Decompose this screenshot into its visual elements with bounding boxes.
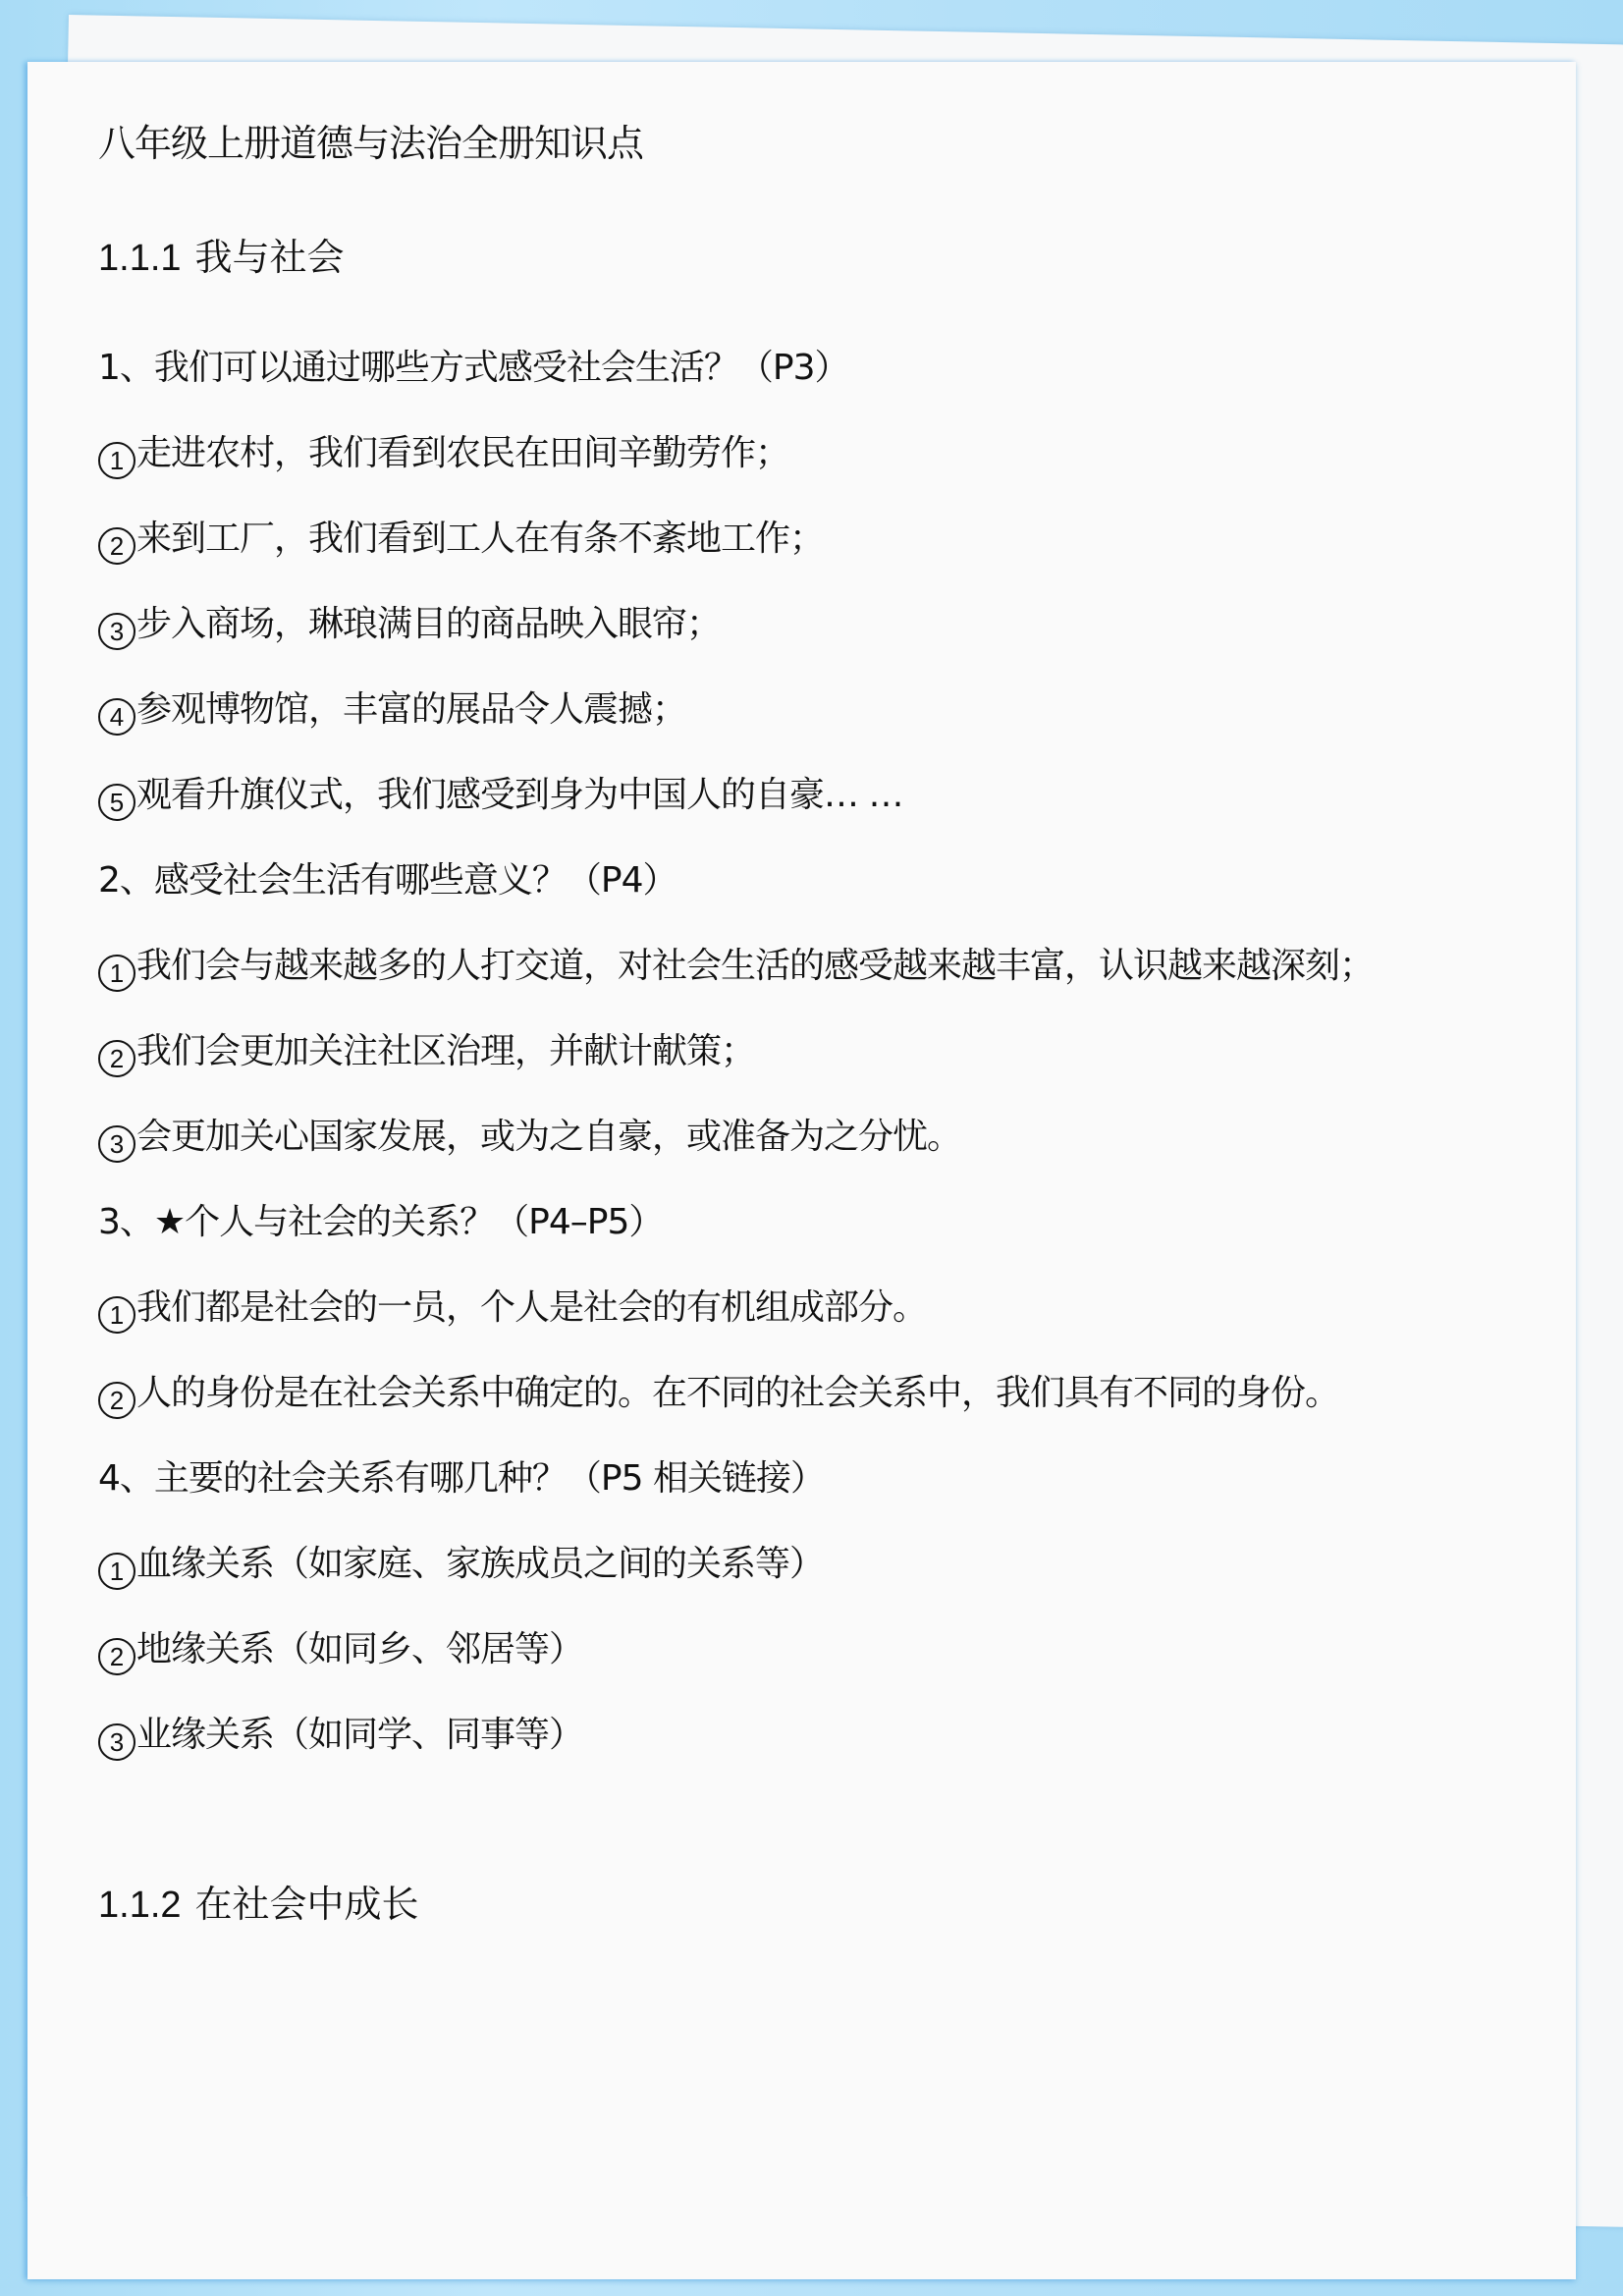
answer-text: 我们会与越来越多的人打交道，对社会生活的感受越来越丰富，认识越来越深刻； (136, 946, 1374, 986)
answer-item: 1走进农村，我们看到农民在田间辛勤劳作； (98, 425, 789, 479)
answer-item: 4参观博物馆，丰富的展品令人震撼； (98, 682, 686, 736)
circled-number-marker: 3 (98, 1125, 135, 1163)
document-title: 八年级上册道德与法治全册知识点 (98, 113, 643, 167)
circled-number-marker: 2 (98, 1040, 135, 1077)
answer-item: 5观看升旗仪式，我们感受到身为中国人的自豪… … (98, 767, 902, 821)
answer-text: 会更加关心国家发展，或为之自豪，或准备为之分忧。 (136, 1117, 961, 1157)
answer-item: 3会更加关心国家发展，或为之自豪，或准备为之分忧。 (98, 1109, 961, 1163)
answer-item: 3步入商场，琳琅满目的商品映入眼帘； (98, 596, 721, 650)
circled-number-marker: 4 (98, 698, 135, 736)
circled-number-marker: 1 (98, 442, 135, 479)
circled-number-marker: 1 (98, 955, 135, 992)
circled-number-marker: 1 (98, 1296, 135, 1334)
question-3: 3、★个人与社会的关系？（P4–P5） (98, 1194, 663, 1244)
section-heading-1-1-2: 1.1.2在社会中成长 (98, 1874, 419, 1928)
answer-text: 我们会更加关注社区治理，并献计献策； (136, 1031, 755, 1071)
circled-number-marker: 2 (98, 1382, 135, 1419)
answer-item: 2人的身份是在社会关系中确定的。在不同的社会关系中，我们具有不同的身份。 (98, 1365, 1339, 1419)
answer-item: 3业缘关系（如同学、同事等） (98, 1707, 583, 1761)
circled-number-marker: 1 (98, 1553, 135, 1590)
circled-number-marker: 3 (98, 1723, 135, 1761)
question-4: 4、主要的社会关系有哪几种？（P5 相关链接） (98, 1450, 825, 1501)
answer-item: 1我们都是社会的一员，个人是社会的有机组成部分。 (98, 1280, 927, 1334)
answer-item: 1我们会与越来越多的人打交道，对社会生活的感受越来越丰富，认识越来越深刻； (98, 938, 1374, 992)
answer-item: 2我们会更加关注社区治理，并献计献策； (98, 1023, 755, 1077)
answer-text: 地缘关系（如同乡、邻居等） (136, 1629, 583, 1669)
answer-text: 走进农村，我们看到农民在田间辛勤劳作； (136, 433, 789, 473)
question-1: 1、我们可以通过哪些方式感受社会生活？（P3） (98, 340, 849, 390)
answer-item: 1血缘关系（如家庭、家族成员之间的关系等） (98, 1536, 824, 1590)
answer-item: 2地缘关系（如同乡、邻居等） (98, 1621, 583, 1675)
section-heading-1-1-1: 1.1.1我与社会 (98, 227, 345, 281)
answer-text: 血缘关系（如家庭、家族成员之间的关系等） (136, 1544, 824, 1584)
answer-text: 业缘关系（如同学、同事等） (136, 1715, 583, 1755)
document-page: 八年级上册道德与法治全册知识点 1.1.1我与社会 1、我们可以通过哪些方式感受… (27, 62, 1576, 2279)
section-number: 1.1.2 (98, 1885, 182, 1926)
circled-number-marker: 5 (98, 784, 135, 821)
question-2: 2、感受社会生活有哪些意义？（P4） (98, 852, 677, 902)
answer-text: 人的身份是在社会关系中确定的。在不同的社会关系中，我们具有不同的身份。 (136, 1373, 1339, 1413)
answer-item: 2来到工厂，我们看到工人在有条不紊地工作； (98, 511, 824, 565)
answer-text: 来到工厂，我们看到工人在有条不紊地工作； (136, 519, 824, 559)
section-number: 1.1.1 (98, 238, 182, 279)
answer-text: 步入商场，琳琅满目的商品映入眼帘； (136, 604, 721, 644)
answer-text: 参观博物馆，丰富的展品令人震撼； (136, 689, 686, 730)
circled-number-marker: 2 (98, 527, 135, 565)
section-title: 在社会中成长 (195, 1883, 419, 1926)
circled-number-marker: 2 (98, 1638, 135, 1675)
section-title: 我与社会 (195, 236, 345, 279)
circled-number-marker: 3 (98, 613, 135, 650)
answer-text: 观看升旗仪式，我们感受到身为中国人的自豪… … (136, 775, 902, 815)
answer-text: 我们都是社会的一员，个人是社会的有机组成部分。 (136, 1287, 927, 1328)
